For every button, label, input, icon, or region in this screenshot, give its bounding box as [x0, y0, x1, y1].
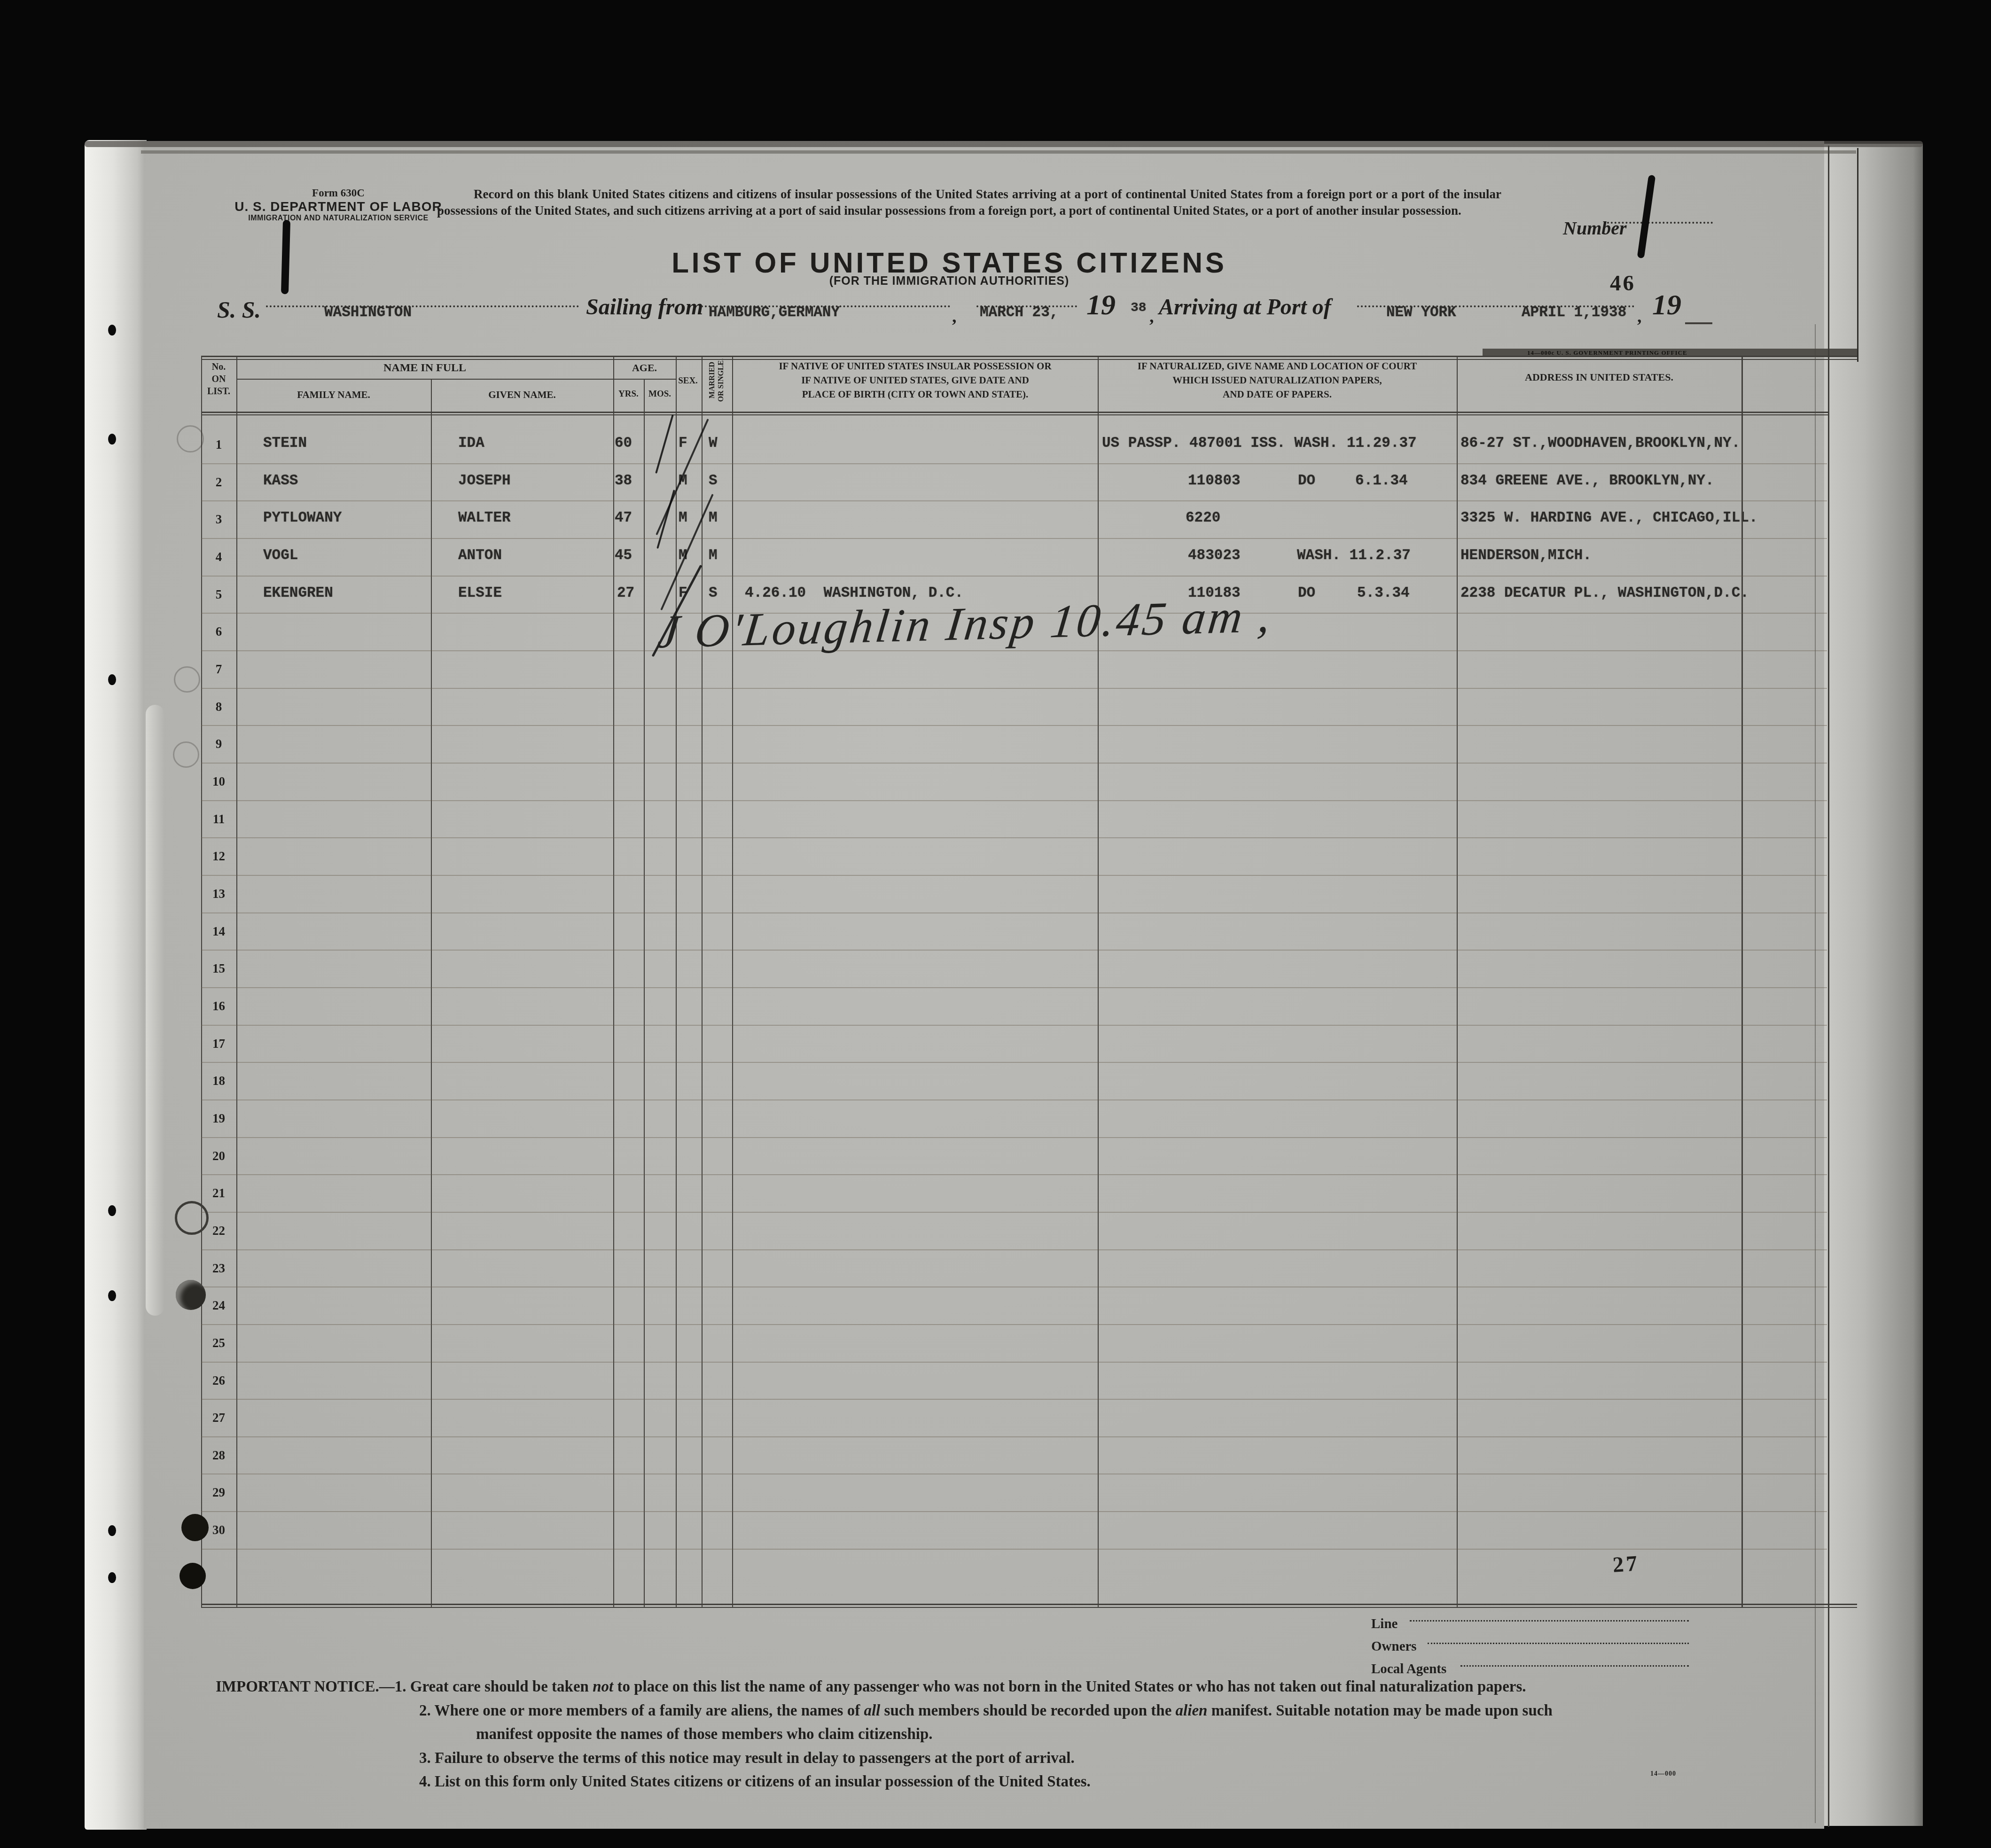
year-print-2: 19: [1652, 289, 1681, 322]
table-border-line: [201, 412, 1828, 413]
arrival-port: NEW YORK: [1386, 304, 1456, 321]
cell-age-yrs: 60: [615, 435, 632, 452]
cell-given-name: WALTER: [458, 510, 511, 526]
row-divider: [201, 538, 1827, 539]
notice-text: Where one or more members of a family ar…: [434, 1702, 864, 1719]
notice-text: Great care should be taken: [410, 1678, 593, 1695]
cell-marital: S: [709, 585, 718, 601]
filled-circle-row24: [176, 1280, 206, 1310]
row-number: 13: [201, 886, 236, 901]
comma-print-3: ,: [1637, 306, 1642, 327]
table-border-line: [201, 359, 1857, 360]
cell-naturalization-number: 483023: [1188, 547, 1241, 564]
cell-age-yrs: 27: [617, 585, 634, 601]
row-number: 7: [201, 662, 236, 676]
table-row: 14: [201, 912, 1827, 950]
notice-text: alien: [1176, 1702, 1208, 1719]
notice-number: 2.: [419, 1702, 434, 1719]
arrival-year-line: [1685, 322, 1712, 324]
table-column-line: [236, 356, 237, 1607]
cell-address: 86-27 ST.,WOODHAVEN,BROOKLYN,NY.: [1460, 435, 1740, 452]
table-row: 22: [201, 1212, 1827, 1249]
cell-sex: M: [679, 510, 687, 526]
cell-address: 834 GREENE AVE., BROOKLYN,NY.: [1460, 472, 1714, 489]
ship-name-line: [266, 305, 579, 307]
row-divider: [201, 763, 1827, 764]
row-divider: [201, 1249, 1827, 1250]
cell-naturalization-number: 6220: [1186, 510, 1220, 526]
table-row: 12: [201, 837, 1827, 875]
row-number: 11: [201, 811, 236, 826]
cell-given-name: ELSIE: [458, 585, 502, 601]
local-agents-label: Local Agents: [1371, 1661, 1446, 1677]
table-column-line: [1098, 356, 1099, 1607]
row-divider: [201, 576, 1827, 577]
row-divider: [201, 800, 1827, 801]
page-subtitle: (FOR THE IMMIGRATION AUTHORITIES): [517, 274, 1382, 288]
row-number: 21: [201, 1186, 236, 1201]
table-row: 24: [201, 1287, 1827, 1324]
header-yrs: YRS.: [613, 389, 644, 399]
row-divider: [201, 1062, 1827, 1063]
row-number: 24: [201, 1298, 236, 1313]
cell-naturalization-court: DO: [1298, 585, 1315, 601]
owners-fill: [1428, 1643, 1689, 1644]
notice-text: manifest. Suitable notation may be made …: [1207, 1702, 1552, 1719]
cell-address: 3325 W. HARDING AVE., CHICAGO,ILL.: [1460, 510, 1758, 526]
notice-item: manifest opposite the names of those mem…: [476, 1726, 933, 1743]
table-column-line: [613, 356, 614, 1607]
notice-text: manifest opposite the names of those mem…: [476, 1726, 933, 1743]
cell-marital: M: [709, 510, 718, 526]
row-divider: [201, 725, 1827, 726]
comma-print-2: ,: [1149, 306, 1154, 327]
table-row: 10: [201, 763, 1827, 800]
table-border-line: [201, 1604, 1857, 1605]
row-divider: [201, 1287, 1827, 1287]
line-fill: [1410, 1620, 1689, 1622]
row-divider: [201, 500, 1827, 501]
row-number: 19: [201, 1111, 236, 1125]
table-row: 2KASSJOSEPH38MS110803DO6.1.34834 GREENE …: [201, 463, 1827, 501]
table-row: 9: [201, 725, 1827, 763]
row-divider: [201, 1137, 1827, 1138]
notice-item: 2. Where one or more members of a family…: [419, 1702, 1553, 1720]
table-border-line: [201, 1607, 1857, 1608]
row-number: 8: [201, 699, 236, 714]
cell-marital: S: [709, 472, 718, 489]
row-number: 28: [201, 1448, 236, 1462]
notice-item: IMPORTANT NOTICE.—1. Great care should b…: [216, 1678, 1526, 1696]
cell-age-yrs: 38: [615, 472, 632, 489]
sheet-corner-line: [1857, 148, 1858, 362]
header-name-in-full: NAME IN FULL: [236, 362, 613, 374]
scanned-manifest-page: Form 630C U. S. DEPARTMENT OF LABOR IMMI…: [0, 0, 1991, 1848]
cell-given-name: ANTON: [458, 547, 502, 564]
row-divider: [201, 1399, 1827, 1400]
row-divider: [201, 1212, 1827, 1213]
notice-text: List on this form only United States cit…: [435, 1773, 1091, 1790]
header-mos: MOS.: [644, 389, 676, 399]
row-number: 17: [201, 1036, 236, 1051]
sailing-date: MARCH 23,: [980, 304, 1058, 321]
sailing-port: HAMBURG,GERMANY: [709, 304, 840, 321]
filled-circle-bottom: [180, 1563, 206, 1589]
number-fill-line: [1607, 222, 1713, 224]
table-column-line: [1741, 356, 1743, 1607]
table-row: 16: [201, 987, 1827, 1025]
table-row: 8: [201, 688, 1827, 725]
table-row: 7: [201, 650, 1827, 688]
row-divider: [201, 1099, 1827, 1100]
row-divider: [201, 688, 1827, 689]
cell-given-name: IDA: [458, 435, 484, 452]
notice-item: 4. List on this form only United States …: [419, 1773, 1091, 1791]
table-row: 19: [201, 1099, 1827, 1137]
header-married-or-single: MARRIED OR SINGLE.: [708, 352, 726, 408]
table-column-line: [201, 356, 202, 1607]
row-number: 3: [201, 512, 236, 527]
header-family-name: FAMILY NAME.: [236, 389, 431, 401]
row-divider: [201, 1474, 1827, 1474]
cell-family-name: STEIN: [263, 435, 307, 452]
row-number: 4: [201, 549, 236, 564]
header-no-on-list: No. ON LIST.: [201, 361, 236, 398]
row-number: 18: [201, 1074, 236, 1088]
row-divider: [201, 1025, 1827, 1026]
row-divider: [201, 463, 1827, 464]
table-row: 25: [201, 1324, 1827, 1362]
ship-name: WASHINGTON: [324, 304, 412, 321]
cell-naturalization: US PASSP. 487001 ISS. WASH. 11.29.37: [1102, 435, 1417, 452]
row-divider: [201, 650, 1827, 651]
row-number: 12: [201, 849, 236, 864]
print-code-bottom: 14—000: [1650, 1770, 1676, 1778]
header-address: ADDRESS IN UNITED STATES.: [1457, 371, 1741, 383]
row-divider: [201, 1549, 1827, 1550]
filled-circle-row30: [181, 1514, 209, 1541]
table-row: 18: [201, 1062, 1827, 1099]
row-divider: [201, 987, 1827, 988]
table-column-line: [732, 356, 733, 1607]
table-row: 17: [201, 1025, 1827, 1062]
table-row: 15: [201, 950, 1827, 987]
row-number: 23: [201, 1261, 236, 1275]
cell-address: HENDERSON,MICH.: [1460, 547, 1592, 564]
notice-text: Failure to observe the terms of this not…: [435, 1750, 1075, 1767]
cell-naturalization-court: WASH. 11.2.37: [1297, 547, 1411, 564]
table-row: 21: [201, 1174, 1827, 1212]
notice-number: 1.: [395, 1678, 410, 1695]
row-divider: [201, 950, 1827, 951]
notice-number: 4.: [419, 1773, 435, 1790]
row-divider: [201, 912, 1827, 913]
sailing-from-label: Sailing from: [586, 294, 703, 320]
cell-address: 2238 DECATUR PL., WASHINGTON,D.C.: [1460, 585, 1749, 601]
cell-age-yrs: 45: [615, 547, 632, 564]
cell-family-name: PYTLOWANY: [263, 510, 342, 526]
paper-edge-line: [1815, 324, 1816, 1823]
punch-hole: [108, 325, 116, 335]
row-divider: [201, 1511, 1827, 1512]
punch-hole: [108, 1525, 116, 1536]
header-naturalization: IF NATURALIZED, GIVE NAME AND LOCATION O…: [1104, 359, 1450, 401]
record-instructions: Record on this blank United States citiz…: [437, 186, 1501, 219]
row-number: 9: [201, 737, 236, 751]
pen-circle-row22: [175, 1201, 209, 1235]
notice-item: 3. Failure to observe the terms of this …: [419, 1750, 1075, 1767]
table-column-line: [1457, 356, 1458, 1607]
table-row: 1STEINIDA60FWUS PASSP. 487001 ISS. WASH.…: [201, 426, 1827, 463]
sheet-edge-line: [1828, 146, 1829, 1827]
cell-marital: M: [709, 547, 718, 564]
row-number: 5: [201, 587, 236, 601]
table-border-line: [201, 356, 1857, 357]
table-row: 28: [201, 1436, 1827, 1474]
cell-naturalization-date: 6.1.34: [1355, 472, 1408, 489]
paper-wrinkle: [146, 705, 164, 1316]
row-divider: [201, 1174, 1827, 1175]
row-number: 2: [201, 475, 236, 489]
cell-naturalization-date: 5.3.34: [1357, 585, 1410, 601]
arrival-date: APRIL 1,1938: [1522, 304, 1626, 321]
right-page-edge: [1824, 144, 1923, 1826]
paper-top-fold-shadow-2: [141, 150, 1856, 154]
header-age: AGE.: [613, 362, 676, 374]
sailing-year-typed: 38: [1131, 301, 1147, 315]
stamp-46: 46: [1610, 271, 1636, 296]
cell-family-name: VOGL: [263, 547, 298, 564]
row-number: 1: [201, 437, 236, 452]
line-label: Line: [1371, 1616, 1398, 1632]
cell-naturalization-court: DO: [1298, 472, 1315, 489]
comma-print-1: ,: [952, 306, 957, 327]
row-number: 15: [201, 961, 236, 976]
local-agents-fill: [1460, 1665, 1689, 1667]
punch-hole: [108, 434, 116, 444]
paper-top-fold-shadow: [85, 141, 1923, 147]
notice-number: 3.: [419, 1750, 435, 1767]
row-number: 27: [201, 1411, 236, 1425]
number-label: Number: [1563, 217, 1627, 239]
row-divider: [201, 875, 1827, 876]
row-divider: [201, 1324, 1827, 1325]
row-divider: [201, 1436, 1827, 1437]
year-print-1: 19: [1086, 289, 1116, 322]
pencil-circle-row9: [173, 741, 199, 768]
table-row: 23: [201, 1249, 1827, 1287]
table-row: 11: [201, 800, 1827, 838]
pencil-circle-row7: [174, 666, 200, 693]
table-row: 26: [201, 1362, 1827, 1399]
table-row: 27: [201, 1399, 1827, 1436]
table-column-line: [676, 356, 677, 1607]
stamp-27: 27: [1612, 1551, 1640, 1578]
punch-hole: [108, 1290, 116, 1301]
table-row: 20: [201, 1137, 1827, 1175]
notice-text: not: [593, 1678, 613, 1695]
table-column-line: [431, 379, 432, 1607]
table-column-line: [702, 356, 703, 1607]
cell-family-name: KASS: [263, 472, 298, 489]
table-row: 30: [201, 1511, 1827, 1549]
table-row: 3PYTLOWANYWALTER47MM62203325 W. HARDING …: [201, 500, 1827, 538]
row-number: 29: [201, 1485, 236, 1500]
cell-age-yrs: 47: [615, 510, 632, 526]
cell-given-name: JOSEPH: [458, 472, 511, 489]
owners-label: Owners: [1371, 1639, 1417, 1654]
notice-text: such members should be recorded upon the: [880, 1702, 1175, 1719]
cell-naturalization-number: 110803: [1188, 472, 1241, 489]
pencil-circle-row1: [177, 425, 204, 452]
notice-text: to place on this list the name of any pa…: [613, 1678, 1526, 1695]
table-border-line: [236, 379, 676, 380]
table-border-line: [201, 414, 1828, 415]
punch-hole: [108, 1572, 116, 1583]
row-number: 20: [201, 1148, 236, 1163]
header-given-name: GIVEN NAME.: [431, 389, 613, 401]
cell-marital: W: [709, 435, 718, 452]
row-number: 16: [201, 998, 236, 1013]
row-number: 14: [201, 924, 236, 938]
ss-label: S. S.: [217, 296, 261, 323]
arriving-label: Arriving at Port of: [1159, 294, 1331, 320]
table-row: 13: [201, 875, 1827, 912]
header-birthplace: IF NATIVE OF UNITED STATES INSULAR POSSE…: [740, 359, 1090, 401]
row-number: 26: [201, 1373, 236, 1388]
table-column-line: [644, 379, 645, 1607]
header-sex: SEX.: [669, 376, 707, 386]
row-number: 6: [201, 624, 236, 639]
notice-heading: IMPORTANT NOTICE.—: [216, 1678, 395, 1695]
row-divider: [201, 1362, 1827, 1363]
notice-text: all: [864, 1702, 880, 1719]
table-row: 4VOGLANTON45MM483023WASH. 11.2.37HENDERS…: [201, 538, 1827, 576]
row-divider: [201, 837, 1827, 838]
cell-family-name: EKENGREN: [263, 585, 333, 601]
punch-hole: [108, 1205, 116, 1216]
row-number: 10: [201, 774, 236, 788]
row-number: 25: [201, 1335, 236, 1350]
punch-hole: [108, 674, 116, 685]
table-row: 29: [201, 1474, 1827, 1511]
cell-sex: F: [679, 435, 687, 452]
